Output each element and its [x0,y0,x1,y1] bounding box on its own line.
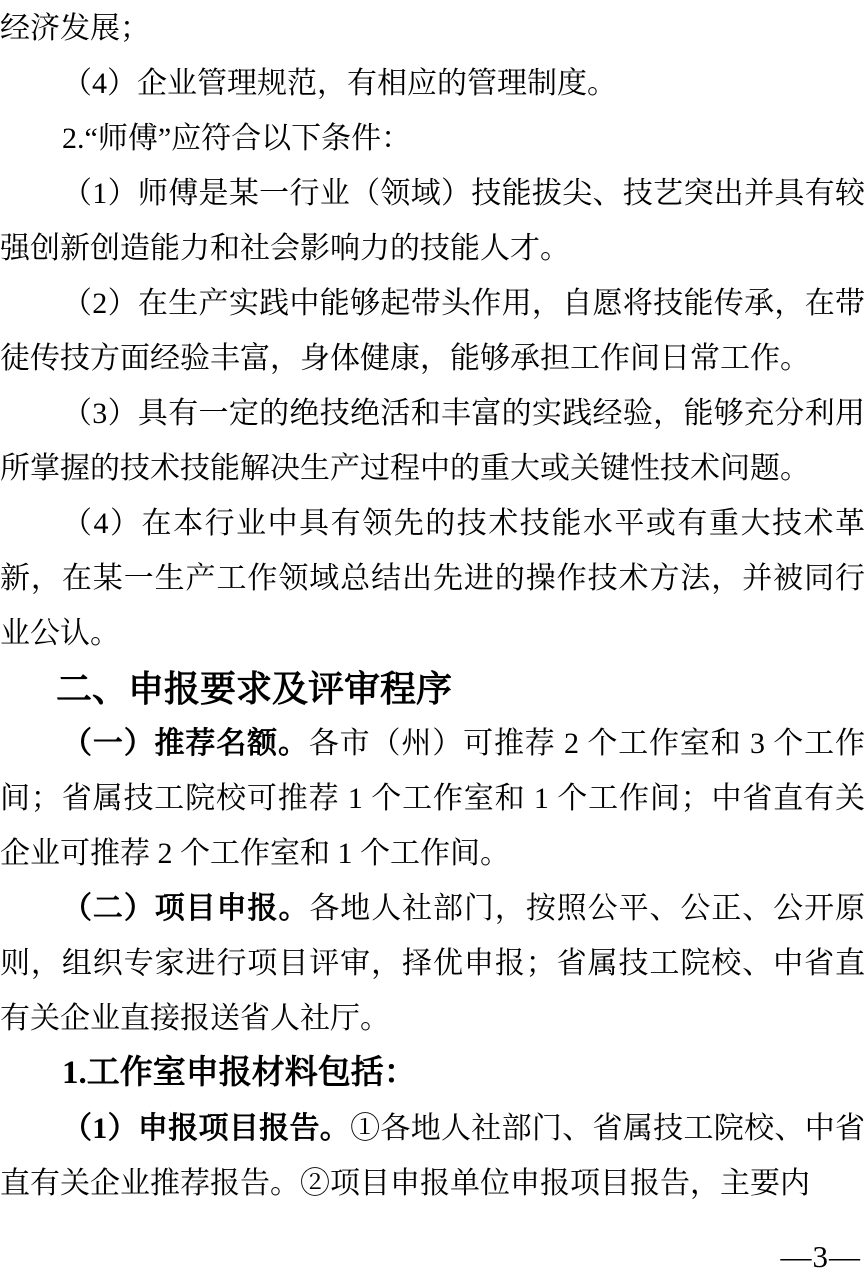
paragraph-lead-bold: （一）推荐名额。 [62,727,309,760]
paragraph-condition-4-enterprise: （4）企业管理规范，有相应的管理制度。 [0,56,865,111]
paragraph-application-report: （1）申报项目报告。①各地人社部门、省属技工院校、中省直有关企业推荐报告。②项目… [0,1101,865,1211]
paragraph-continuation: 经济发展； [0,1,865,56]
paragraph-text: 2.“师傅”应符合以下条件： [62,122,411,155]
subheading-studio-materials: 1.工作室申报材料包括： [0,1046,865,1101]
heading-text: 二、申报要求及评审程序 [56,668,452,709]
paragraph-text: （4）企业管理规范，有相应的管理制度。 [62,67,617,100]
paragraph-text: （3）具有一定的绝技绝活和丰富的实践经验，能够充分利用所掌握的技术技能解决生产过… [0,397,865,485]
subheading-text: 1.工作室申报材料包括： [62,1055,417,1091]
paragraph-master-condition-2: （2）在生产实践中能够起带头作用，自愿将技能传承，在带徒传技方面经验丰富，身体健… [0,276,865,386]
paragraph-text: 经济发展； [0,12,150,45]
paragraph-master-conditions-intro: 2.“师傅”应符合以下条件： [0,111,865,166]
paragraph-recommendation-quota: （一）推荐名额。各市（州）可推荐 2 个工作室和 3 个工作间；省属技工院校可推… [0,716,865,881]
paragraph-text: （2）在生产实践中能够起带头作用，自愿将技能传承，在带徒传技方面经验丰富，身体健… [0,287,865,375]
section-heading-2: 二、申报要求及评审程序 [0,661,865,716]
paragraph-master-condition-4: （4）在本行业中具有领先的技术技能水平或有重大技术革新，在某一生产工作领域总结出… [0,496,865,661]
paragraph-lead-bold: （1）申报项目报告。 [62,1112,350,1145]
paragraph-text: （1）师傅是某一行业（领域）技能拔尖、技艺突出并具有较强创新创造能力和社会影响力… [0,177,865,265]
paragraph-lead-bold: （二）项目申报。 [62,892,309,925]
paragraph-master-condition-1: （1）师傅是某一行业（领域）技能拔尖、技艺突出并具有较强创新创造能力和社会影响力… [0,166,865,276]
page-number: —3— [781,1239,862,1275]
paragraph-project-application: （二）项目申报。各地人社部门，按照公平、公正、公开原则，组织专家进行项目评审，择… [0,881,865,1046]
document-page: 经济发展； （4）企业管理规范，有相应的管理制度。 2.“师傅”应符合以下条件：… [0,0,865,1277]
document-body: 经济发展； （4）企业管理规范，有相应的管理制度。 2.“师傅”应符合以下条件：… [0,0,865,1211]
paragraph-master-condition-3: （3）具有一定的绝技绝活和丰富的实践经验，能够充分利用所掌握的技术技能解决生产过… [0,386,865,496]
paragraph-text: （4）在本行业中具有领先的技术技能水平或有重大技术革新，在某一生产工作领域总结出… [0,507,865,650]
